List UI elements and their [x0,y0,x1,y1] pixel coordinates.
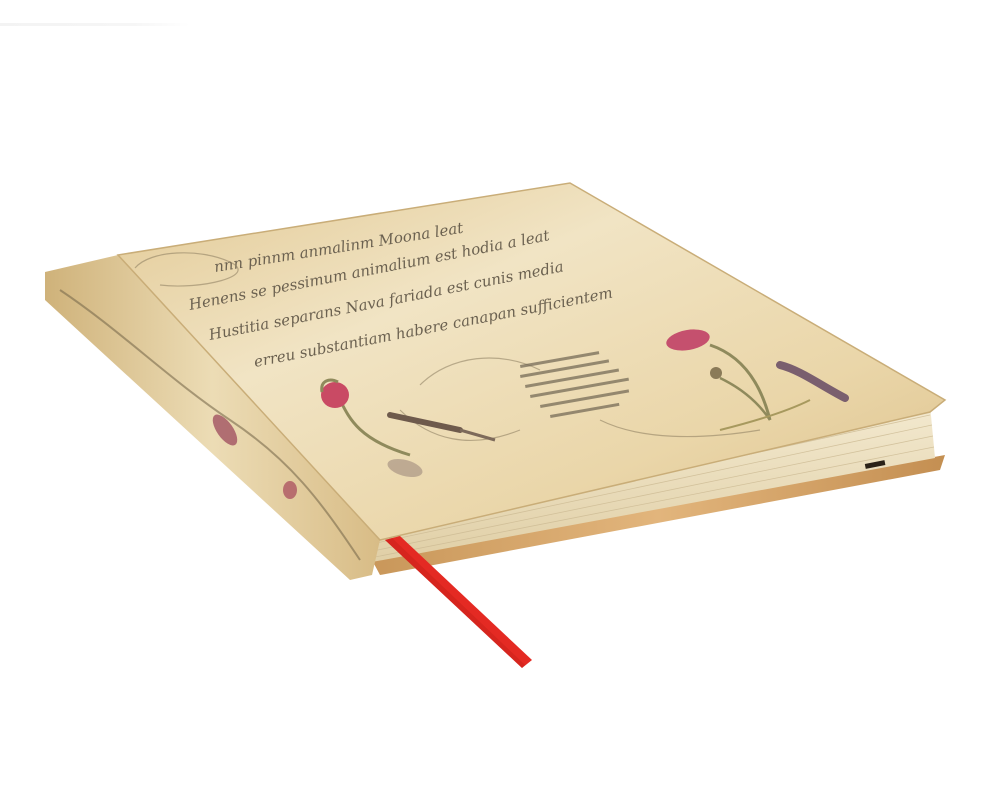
product-photo: nnn pinnm anmalinm Moona leat Henens se … [0,0,1000,800]
journal-illustration: nnn pinnm anmalinm Moona leat Henens se … [0,0,1000,800]
